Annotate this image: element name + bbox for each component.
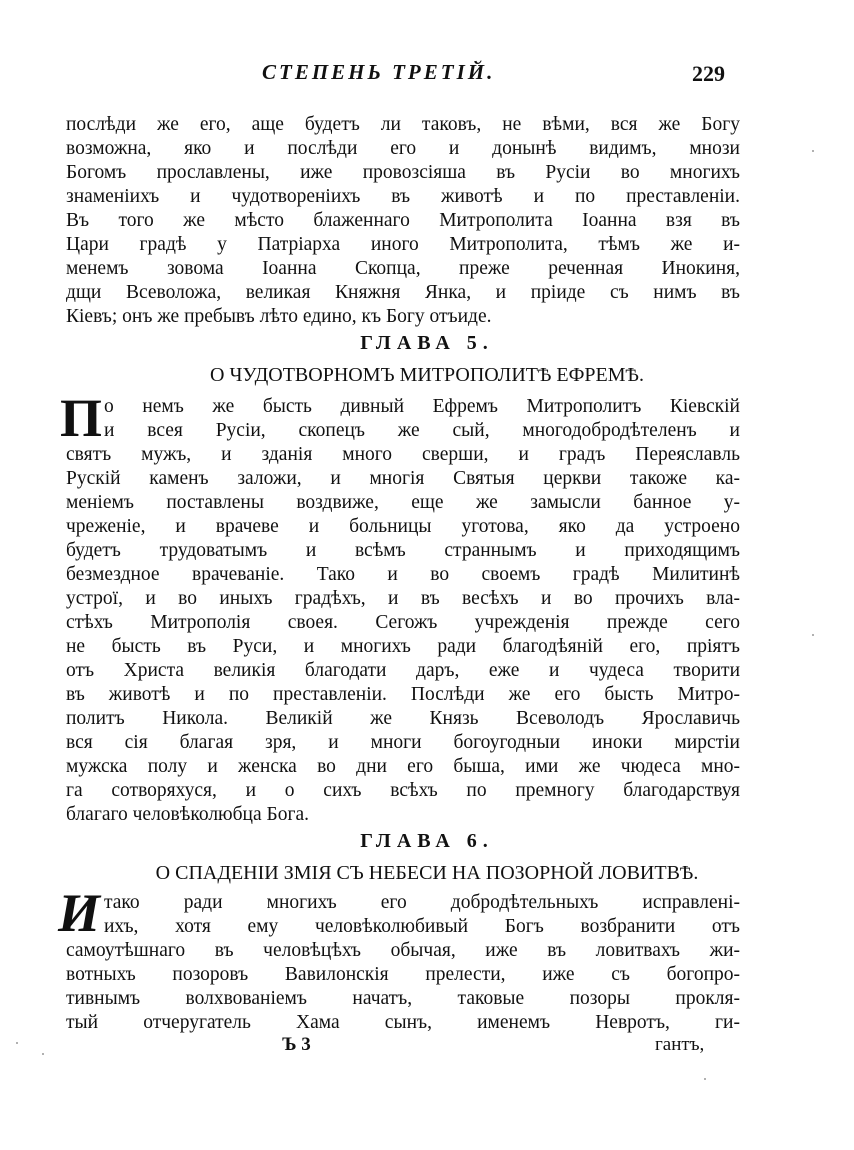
book-page: СТЕПЕНЬ ТРЕТІЙ. 229 послѣди же его, аще …: [0, 0, 854, 1150]
text-line: политъ Никола. Великій же Князь Всеволод…: [66, 707, 740, 731]
text-line: Въ того же мѣсто блаженнаго Митрополита …: [66, 209, 740, 233]
text-line: вотныхъ позоровъ Вавилонскія прелести, и…: [66, 963, 740, 987]
chapter-6-title: О СПАДЕНІИ ЗМІЯ СЪ НЕБЕСИ НА ПОЗОРНОЙ ЛО…: [0, 862, 854, 885]
text-line: чреженіе, и врачеве и больницы уготова, …: [66, 515, 740, 539]
chapter-5-label: ГЛАВА 5.: [0, 332, 854, 355]
text-line: менемъ зовома Іоанна Скопца, преже речен…: [66, 257, 740, 281]
text-line: дщи Всеволожа, великая Княжня Янка, и пр…: [66, 281, 740, 305]
running-title: СТЕПЕНЬ ТРЕТІЙ.: [262, 60, 495, 85]
text-line: Кіевъ; онъ же пребывъ лѣто едино, къ Бог…: [66, 305, 740, 329]
running-head: СТЕПЕНЬ ТРЕТІЙ. 229: [0, 60, 854, 90]
text-line: и всея Русіи, скопецъ же сый, многодобро…: [104, 419, 740, 443]
scan-speck: [42, 1053, 44, 1055]
drop-cap: И: [58, 888, 100, 938]
text-line: о немъ же бысть дивный Ефремъ Митрополит…: [104, 395, 740, 419]
text-line: устрої, и во иныхъ градѣхъ, и въ весѣхъ …: [66, 587, 740, 611]
text-line: безмездное врачеваніе. Тако и во своемъ …: [66, 563, 740, 587]
text-line: не бысть въ Руси, и многихъ ради благодѣ…: [66, 635, 740, 659]
text-line: въ животѣ и по преставленіи. Послѣди же …: [66, 683, 740, 707]
text-line: возможна, яко и послѣди его и донынѣ вид…: [66, 137, 740, 161]
text-line: святъ мужъ, и зданія много сверши, и гра…: [66, 443, 740, 467]
scan-speck: [812, 634, 814, 636]
text-line: стѣхъ Митрополія своея. Сегожъ учреждені…: [66, 611, 740, 635]
text-line: отъ Христа великія благодати даръ, еже и…: [66, 659, 740, 683]
scan-speck: [16, 1042, 18, 1044]
text-line: меніемъ поставлены воздвиже, еще же замы…: [66, 491, 740, 515]
text-line: Рускій каменъ заложи, и многія Святыя це…: [66, 467, 740, 491]
text-line: тако ради многихъ его добродѣтельныхъ ис…: [104, 891, 740, 915]
text-line: тивнымъ волхвованіемъ начатъ, таковые по…: [66, 987, 740, 1011]
scan-speck: [704, 1078, 706, 1080]
scan-speck: [812, 150, 814, 152]
text-line: га сотворяхуся, и о сихъ всѣхъ по премно…: [66, 779, 740, 803]
text-line: Богомъ прославлены, иже провозсіяша въ Р…: [66, 161, 740, 185]
text-line: тый отчеругатель Хама сынъ, именемъ Невр…: [66, 1011, 740, 1035]
text-line: мужска полу и женска во дни его быша, им…: [66, 755, 740, 779]
text-line: благаго человѣколюбца Бога.: [66, 803, 740, 827]
catchword: гантъ,: [655, 1034, 704, 1056]
chapter-6-label: ГЛАВА 6.: [0, 830, 854, 853]
text-line: самоутѣшнаго въ человѣцѣхъ обычая, иже в…: [66, 939, 740, 963]
signature-mark: Ъ 3: [282, 1034, 311, 1056]
text-line: ихъ, хотя ему человѣколюбивый Богъ возбр…: [104, 915, 740, 939]
text-line: послѣди же его, аще будетъ ли таковъ, не…: [66, 113, 740, 137]
drop-cap: П: [60, 393, 102, 443]
text-line: будетъ трудоватымъ и всѣмъ страннымъ и п…: [66, 539, 740, 563]
text-line: вся сія благая зря, и многи богоугодныи …: [66, 731, 740, 755]
text-line: знаменіихъ и чудотвореніихъ въ животѣ и …: [66, 185, 740, 209]
page-number: 229: [692, 61, 725, 87]
text-line: Цари градѣ у Патріарха иного Митрополита…: [66, 233, 740, 257]
chapter-5-title: О ЧУДОТВОРНОМЪ МИТРОПОЛИТѢ ЕФРЕМѢ.: [0, 364, 854, 387]
